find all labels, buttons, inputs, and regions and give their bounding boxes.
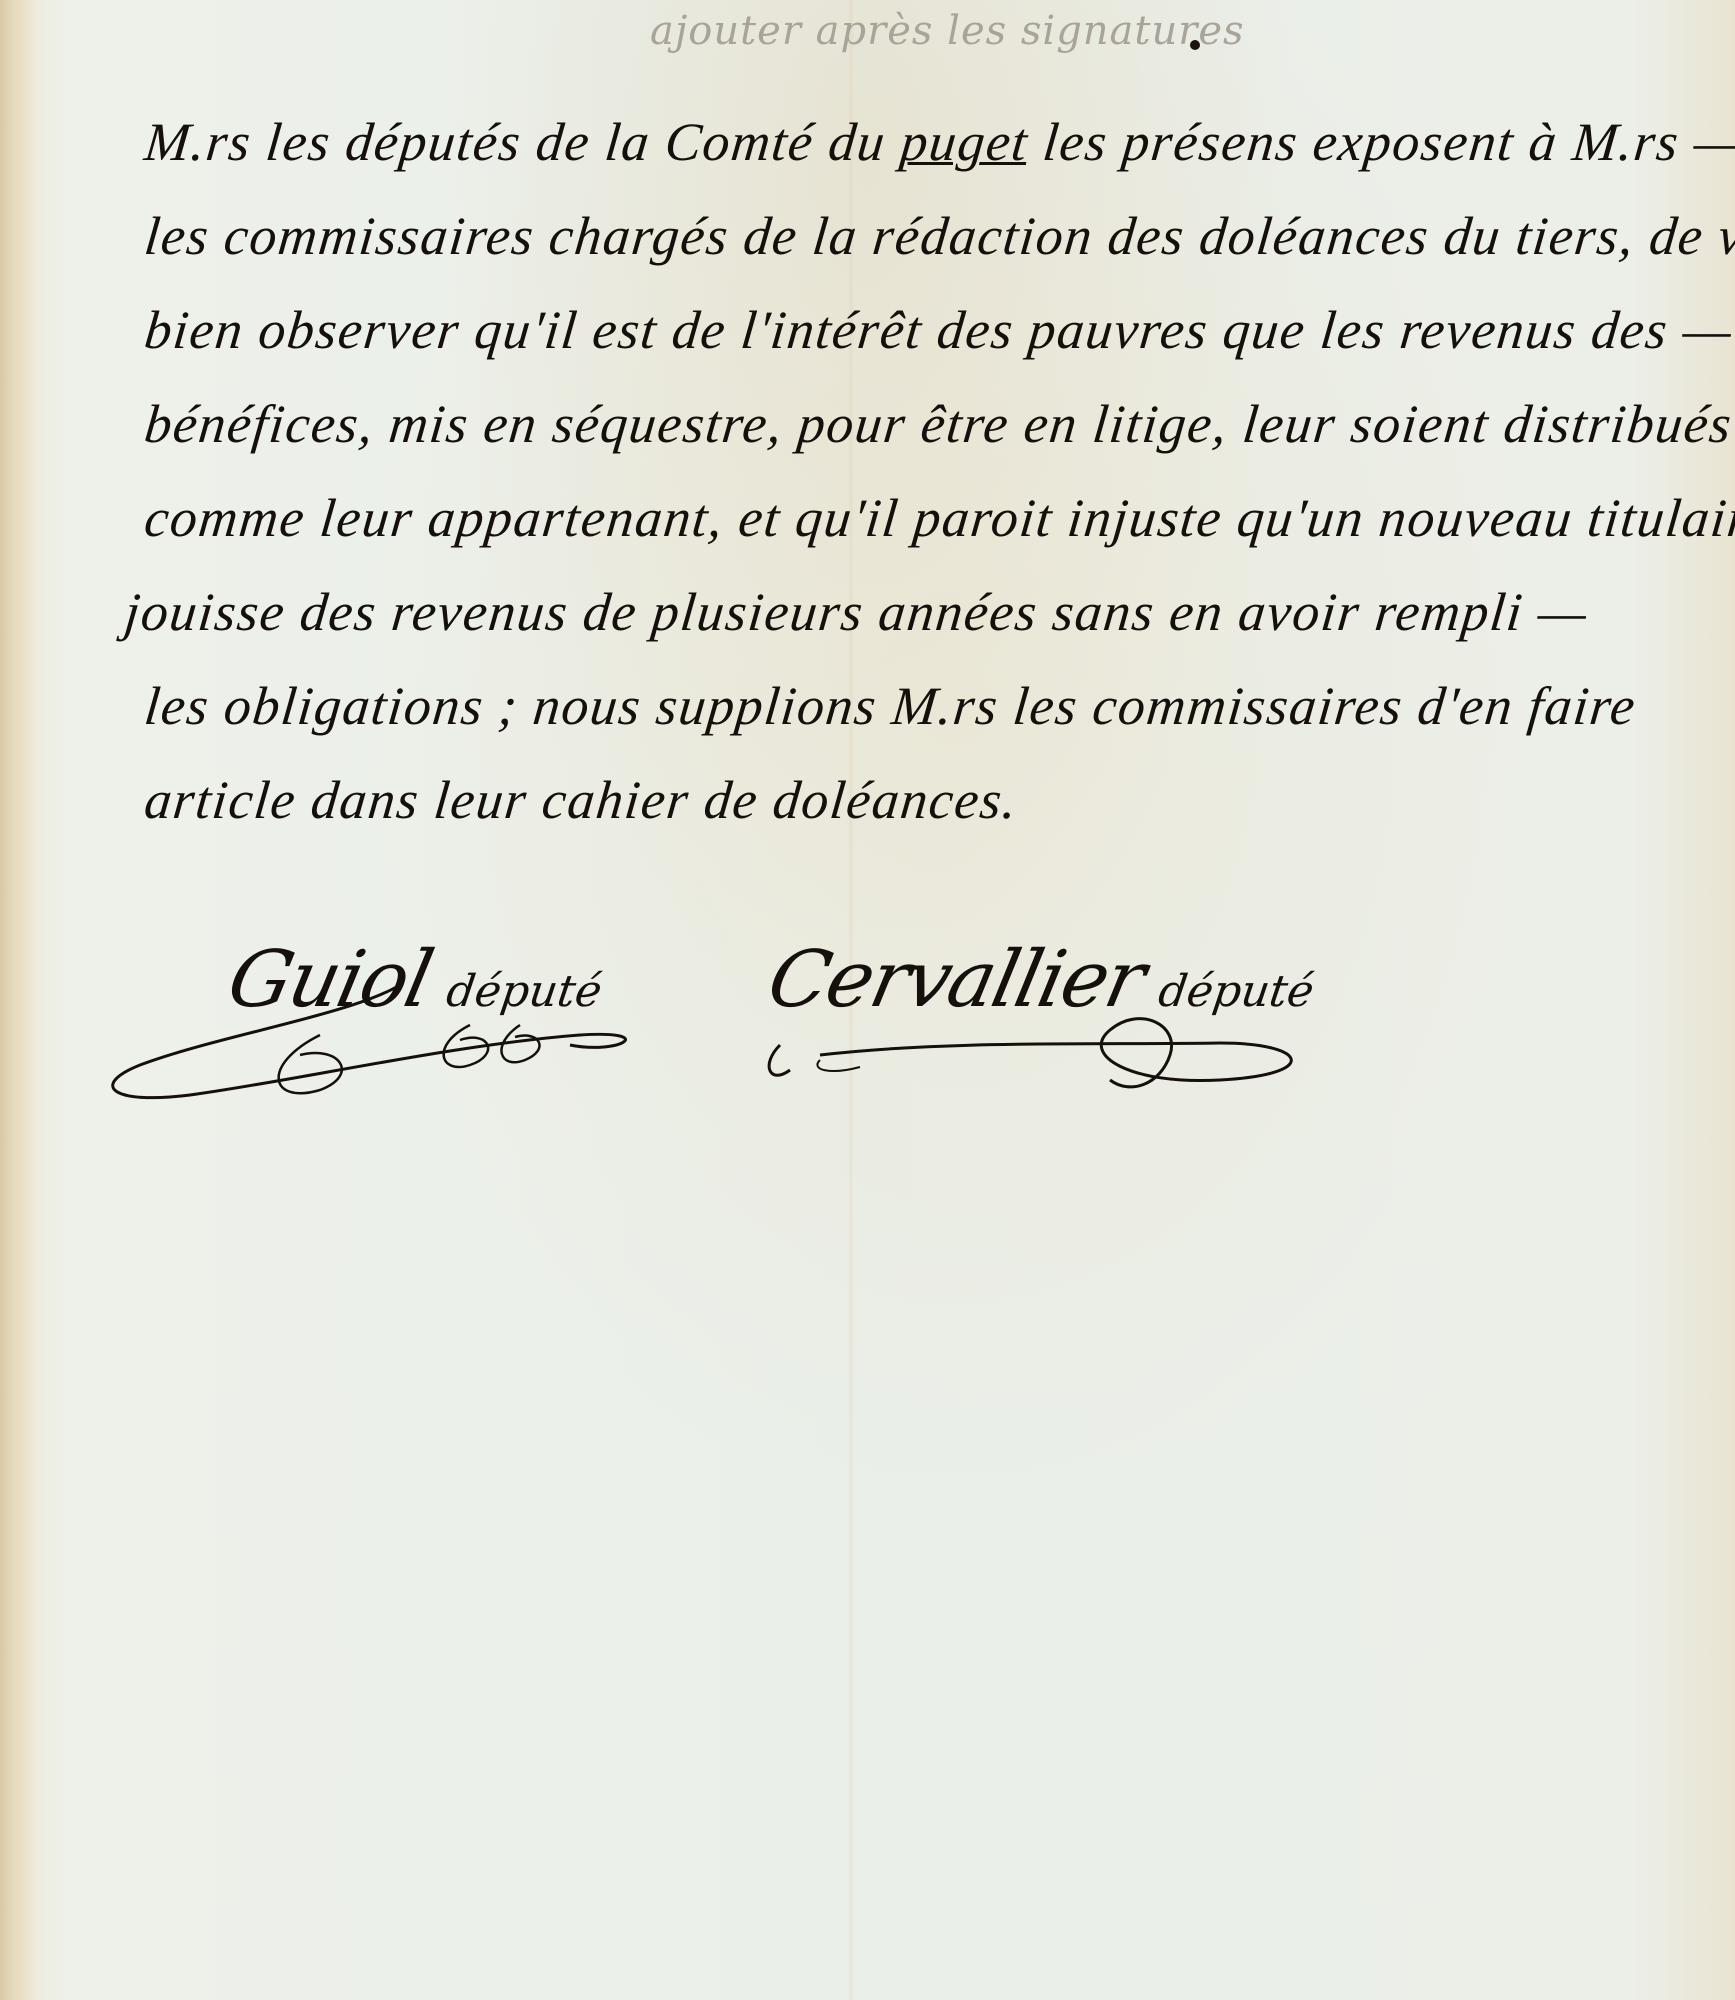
- signature-cervallier: Cervallier député: [770, 935, 1314, 1025]
- signature-guiol: Guiol député: [230, 935, 601, 1025]
- signature-title: député: [443, 966, 605, 1017]
- line-7-text: les obligations ; nous supplions M.rs le…: [142, 676, 1639, 736]
- line-2-text: les commissaires chargés de la rédaction…: [142, 206, 1735, 266]
- line-8-text: article dans leur cahier de doléances.: [142, 770, 1021, 830]
- body-line-1: M.rs les députés de la Comté du puget le…: [140, 95, 1730, 189]
- line-3-text: bien observer qu'il est de l'intérêt des…: [142, 300, 1735, 360]
- underlined-word: puget: [898, 112, 1032, 172]
- body-line-3: bien observer qu'il est de l'intérêt des…: [140, 283, 1730, 377]
- signature-title: député: [1155, 966, 1317, 1017]
- signature-block: Guiol député Cervallier député: [110, 935, 1410, 1115]
- ink-dot: [1190, 40, 1200, 50]
- body-line-5: comme leur appartenant, et qu'il paroit …: [140, 471, 1730, 565]
- body-line-8: article dans leur cahier de doléances.: [140, 753, 1730, 847]
- signature-name: Guiol: [220, 935, 439, 1025]
- line-1-text: M.rs les députés de la Comté du puget le…: [142, 112, 1735, 172]
- pencil-annotation: ajouter après les signatures: [650, 8, 1245, 54]
- paper-left-edge: [0, 0, 38, 2000]
- line-6-text: jouisse des revenus de plusieurs années …: [122, 582, 1591, 642]
- body-line-6: jouisse des revenus de plusieurs années …: [120, 565, 1730, 659]
- manuscript-page: ajouter après les signatures M.rs les dé…: [0, 0, 1735, 2000]
- signature-name: Cervallier: [760, 935, 1151, 1025]
- body-line-7: les obligations ; nous supplions M.rs le…: [140, 659, 1730, 753]
- letter-body: M.rs les députés de la Comté du puget le…: [140, 95, 1720, 847]
- line-5-text: comme leur appartenant, et qu'il paroit …: [142, 488, 1735, 548]
- body-line-4: bénéfices, mis en séquestre, pour être e…: [140, 377, 1730, 471]
- body-line-2: les commissaires chargés de la rédaction…: [140, 189, 1730, 283]
- line-4-text: bénéfices, mis en séquestre, pour être e…: [142, 394, 1735, 454]
